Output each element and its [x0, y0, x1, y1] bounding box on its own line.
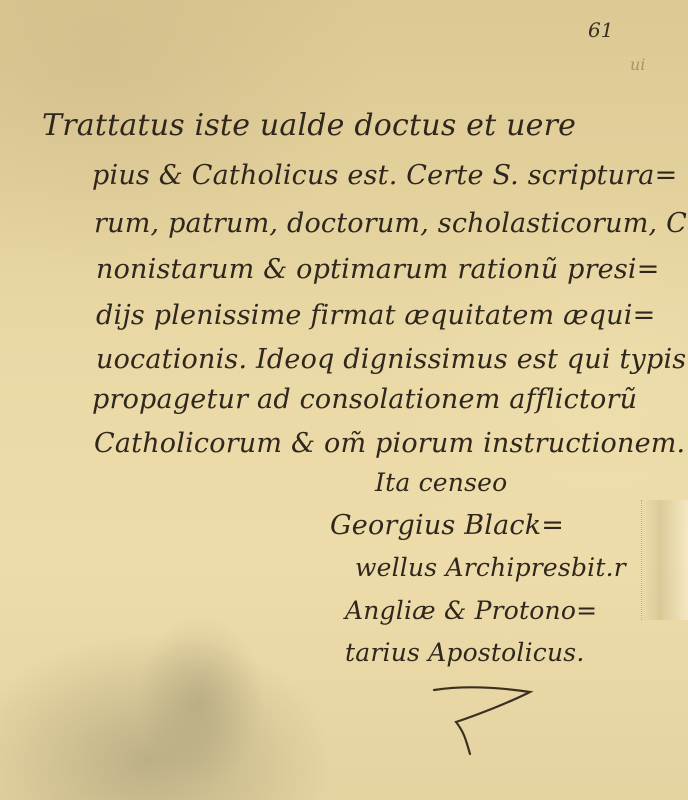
- signature-line: Angliæ & Protono=: [345, 596, 597, 625]
- paraph-flourish-icon: [430, 680, 540, 760]
- text-line: rum, patrum, doctorum, scholasticorum, C…: [94, 208, 688, 239]
- signature-line: Ita censeo: [375, 468, 507, 497]
- text-line: nonistarum & optimarum rationũ presi=: [96, 254, 660, 285]
- faint-marginal-mark: ui: [630, 55, 645, 74]
- text-line: Trattatus iste ualde doctus et uere: [42, 108, 576, 143]
- text-line: uocationis. Ideoq dignissimus est qui ty…: [96, 344, 686, 375]
- folio-number: 61: [588, 18, 613, 42]
- text-line: dijs plenissime firmat æquitatem æqui=: [96, 300, 655, 331]
- signature-line: Georgius Black=: [330, 510, 564, 541]
- text-line: Catholicorum & om̃ piorum instructionem.: [94, 428, 685, 459]
- signature-line: tarius Apostolicus.: [345, 638, 584, 667]
- signature-line: wellus Archipresbit.r: [355, 553, 626, 582]
- text-line: propagetur ad consolationem afflictorũ: [92, 384, 637, 415]
- text-line: pius & Catholicus est. Certe S. scriptur…: [92, 160, 677, 191]
- torn-edge: [641, 500, 688, 620]
